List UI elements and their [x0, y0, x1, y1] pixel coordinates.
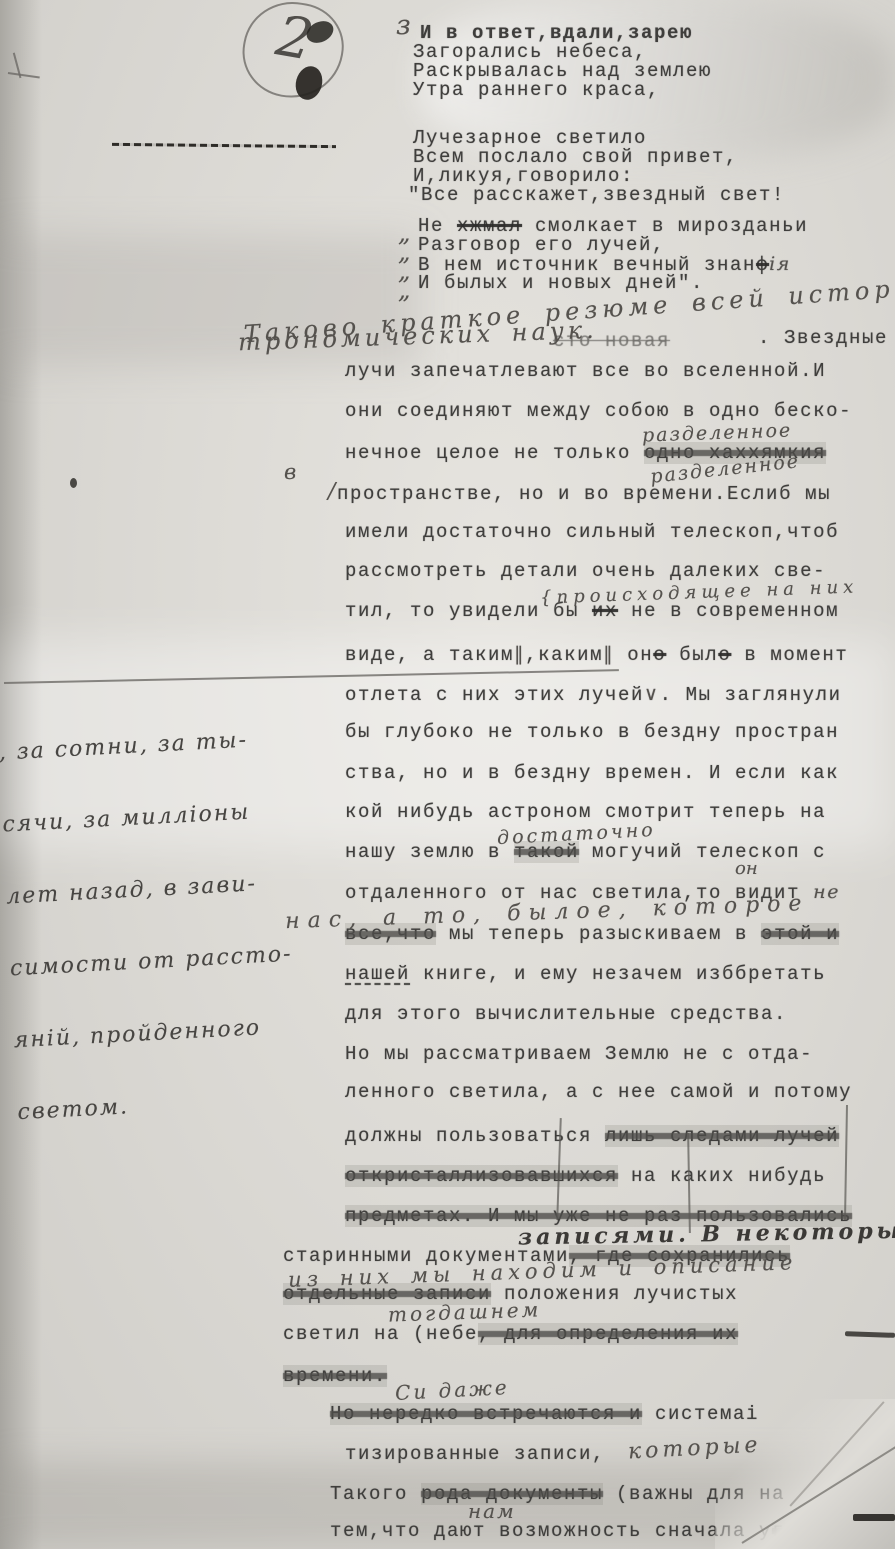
handwritten-note: он	[735, 858, 758, 879]
margin-note-line: светом.	[17, 1086, 301, 1125]
margin-note-line: лет назад, в зави-	[6, 871, 290, 910]
pencil-line	[4, 669, 619, 683]
typed-line: нашей книге, и ему незачем изббретать	[345, 963, 826, 985]
typed-line: кой нибудь астроном смотрит теперь на	[345, 801, 826, 823]
typed-line: имели достаточно сильный телескоп,чтоб	[345, 521, 839, 543]
caret-mark: ∕	[328, 479, 335, 504]
typed-line: Но нередко встречаются и системаі	[330, 1403, 759, 1425]
typed-line: бы глубоко не только в бездну простран	[345, 721, 839, 743]
typed-line: Но мы рассматриваем Землю не с отда-	[345, 1043, 813, 1065]
handwritten-note: в	[284, 460, 296, 484]
typed-line: ства, но и в бездну времен. И если как	[345, 762, 839, 784]
typed-line: светил на (небе, для определения их	[283, 1323, 738, 1345]
handwritten-note: Си даже	[394, 1375, 510, 1405]
paper-tear	[112, 143, 336, 148]
margin-note-line: сячи, за милліоны	[2, 799, 286, 838]
handwritten-note: нам	[468, 1499, 516, 1523]
typed-line: отлета с них этих лучей∨. Мы заглянули	[345, 683, 842, 706]
typed-line: для этого вычислительные средства.	[345, 1003, 787, 1025]
typed-line: . Звездные	[758, 327, 888, 349]
manuscript-page: 2 з И в ответ,вдали,зарею Загорались неб…	[0, 0, 895, 1549]
margin-note: , за сотни, за ты- сячи, за милліоны лет…	[0, 679, 303, 1173]
typed-line: виде, а таким‖,каким‖ оно было в момент	[345, 643, 848, 666]
typed-line: откристаллизовавшихся на каких нибудь	[345, 1165, 826, 1187]
margin-note-line: , за сотни, за ты-	[0, 727, 282, 766]
typed-line: времени.	[283, 1365, 387, 1387]
stray-mark	[8, 72, 40, 78]
typed-line: пространстве, но и во времени.Еслиб мы	[337, 483, 831, 505]
poem-line: Утра раннего краса,	[413, 79, 660, 101]
typed-line: ленного светила, а с нее самой и потому	[345, 1081, 852, 1103]
page-number-circle: 2	[235, 0, 350, 106]
typed-line: они соединяют между собою в одно беско-	[345, 400, 852, 422]
pencil-stroke	[844, 1105, 848, 1220]
margin-note-line: яній, пройденного	[13, 1014, 297, 1053]
quote-mark: „	[398, 276, 410, 304]
typed-line: тизированные записи,	[345, 1443, 605, 1465]
typed-line: лучи запечатлевают все во вселенной.И	[345, 360, 826, 382]
edge-mark	[853, 1514, 895, 1521]
insertion-mark: з	[396, 10, 411, 41]
ink-speck	[70, 478, 77, 488]
typed-line: должны пользоваться лишь следами лучей	[345, 1125, 839, 1147]
margin-note-line: симости от рассто-	[9, 943, 293, 982]
typed-line: рассмотреть детали очень далеких све-	[345, 560, 826, 582]
poem-line: "Все расскажет,звездный свет!	[408, 184, 785, 206]
edge-mark	[845, 1331, 895, 1338]
page-fold	[715, 1399, 895, 1549]
